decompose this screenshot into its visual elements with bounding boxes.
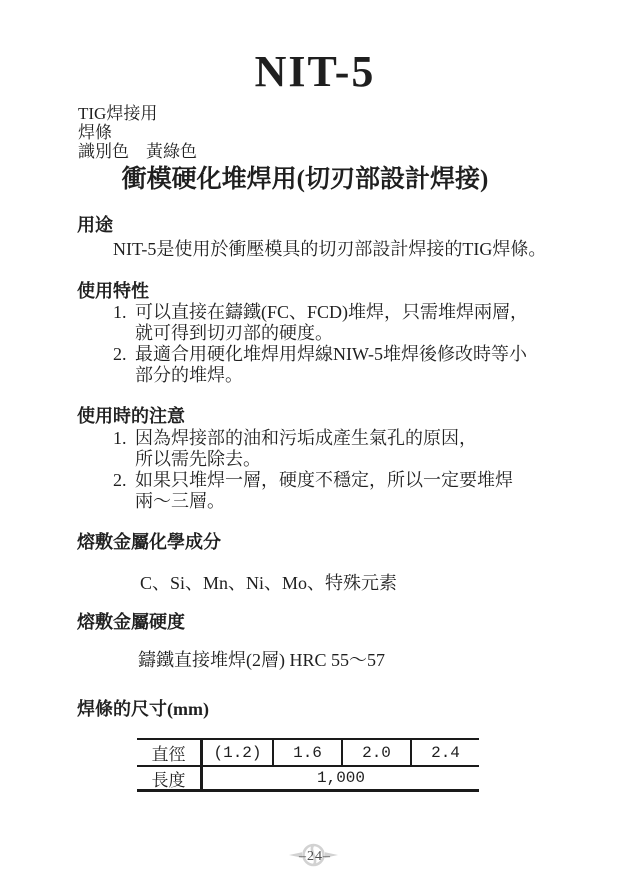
dimensions-table: 直徑 (1.2) 1.6 2.0 2.4 長度 1,000	[137, 738, 479, 792]
product-type-line-2: 焊條	[78, 123, 112, 142]
list-item-line: 部分的堆焊。	[135, 365, 527, 386]
table-row-diameter: 直徑 (1.2) 1.6 2.0 2.4	[137, 740, 479, 767]
list-item-text: 如果只堆焊一層，硬度不穩定，所以一定要堆焊 兩～三層。	[135, 470, 513, 512]
precautions-list: 1. 因為焊接部的油和污垢成產生氣孔的原因， 所以需先除去。 2. 如果只堆焊一…	[113, 428, 513, 512]
list-item: 1. 可以直接在鑄鐵(FC、FCD)堆焊，只需堆焊兩層， 就可得到切刃部的硬度。	[113, 302, 528, 344]
page-number-dash-right: –	[323, 849, 331, 864]
hardness-body: 鑄鐵直接堆焊(2層) HRC 55～57	[138, 650, 385, 671]
table-cell-diameter: 2.0	[341, 740, 410, 765]
list-item-text: 可以直接在鑄鐵(FC、FCD)堆焊，只需堆焊兩層， 就可得到切刃部的硬度。	[135, 302, 528, 344]
table-row-length: 長度 1,000	[137, 767, 479, 792]
section-heading-hardness: 熔敷金屬硬度	[77, 612, 185, 632]
list-item-line: 如果只堆焊一層，硬度不穩定，所以一定要堆焊	[135, 470, 513, 491]
section-heading-precautions: 使用時的注意	[77, 406, 185, 426]
identification-color-label: 識別色	[78, 142, 129, 161]
list-item-text: 最適合用硬化堆焊用焊線NIW-5堆焊後修改時等小 部分的堆焊。	[135, 344, 527, 386]
list-item-line: 所以需先除去。	[135, 449, 477, 470]
page-number: –24–	[0, 849, 630, 865]
usage-body: NIT-5是使用於衝壓模具的切刃部設計焊接的TIG焊條。	[113, 239, 546, 260]
section-heading-characteristics: 使用特性	[77, 281, 149, 301]
page-number-dash-left: –	[299, 849, 307, 864]
table-cell-length: 1,000	[203, 767, 479, 789]
list-item-line: 就可得到切刃部的硬度。	[135, 323, 528, 344]
list-item-text: 因為焊接部的油和污垢成產生氣孔的原因， 所以需先除去。	[135, 428, 477, 470]
list-item: 1. 因為焊接部的油和污垢成產生氣孔的原因， 所以需先除去。	[113, 428, 513, 470]
page-title: NIT-5	[0, 50, 630, 94]
table-cell-diameter: 2.4	[410, 740, 479, 765]
list-item: 2. 最適合用硬化堆焊用焊線NIW-5堆焊後修改時等小 部分的堆焊。	[113, 344, 528, 386]
table-cell-diameter: (1.2)	[203, 740, 272, 765]
list-item-number: 2.	[113, 344, 135, 365]
list-item-number: 1.	[113, 302, 135, 323]
list-item-line: 最適合用硬化堆焊用焊線NIW-5堆焊後修改時等小	[135, 344, 527, 365]
characteristics-list: 1. 可以直接在鑄鐵(FC、FCD)堆焊，只需堆焊兩層， 就可得到切刃部的硬度。…	[113, 302, 528, 386]
section-heading-composition: 熔敷金屬化學成分	[77, 532, 221, 552]
table-cell-diameter: 1.6	[272, 740, 341, 765]
list-item-line: 因為焊接部的油和污垢成產生氣孔的原因，	[135, 428, 477, 449]
product-type-line-1: TIG焊接用	[78, 104, 157, 123]
table-header-diameter: 直徑	[137, 740, 203, 765]
identification-color-line: 識別色黃綠色	[78, 142, 197, 161]
section-heading-usage: 用途	[77, 215, 113, 235]
identification-color-value: 黃綠色	[146, 142, 197, 161]
page-number-value: 24	[307, 849, 323, 864]
document-page: NIT-5 TIG焊接用 焊條 識別色黃綠色 衝模硬化堆焊用(切刃部設計焊接) …	[0, 0, 630, 891]
list-item-number: 1.	[113, 428, 135, 449]
list-item-line: 兩～三層。	[135, 491, 513, 512]
page-subtitle: 衝模硬化堆焊用(切刃部設計焊接)	[0, 167, 610, 192]
section-heading-dimensions: 焊條的尺寸(mm)	[77, 699, 209, 719]
list-item-number: 2.	[113, 470, 135, 491]
list-item: 2. 如果只堆焊一層，硬度不穩定，所以一定要堆焊 兩～三層。	[113, 470, 513, 512]
table-header-length: 長度	[137, 767, 203, 789]
list-item-line: 可以直接在鑄鐵(FC、FCD)堆焊，只需堆焊兩層，	[135, 302, 528, 323]
composition-body: C、Si、Mn、Ni、Mo、特殊元素	[140, 573, 397, 594]
